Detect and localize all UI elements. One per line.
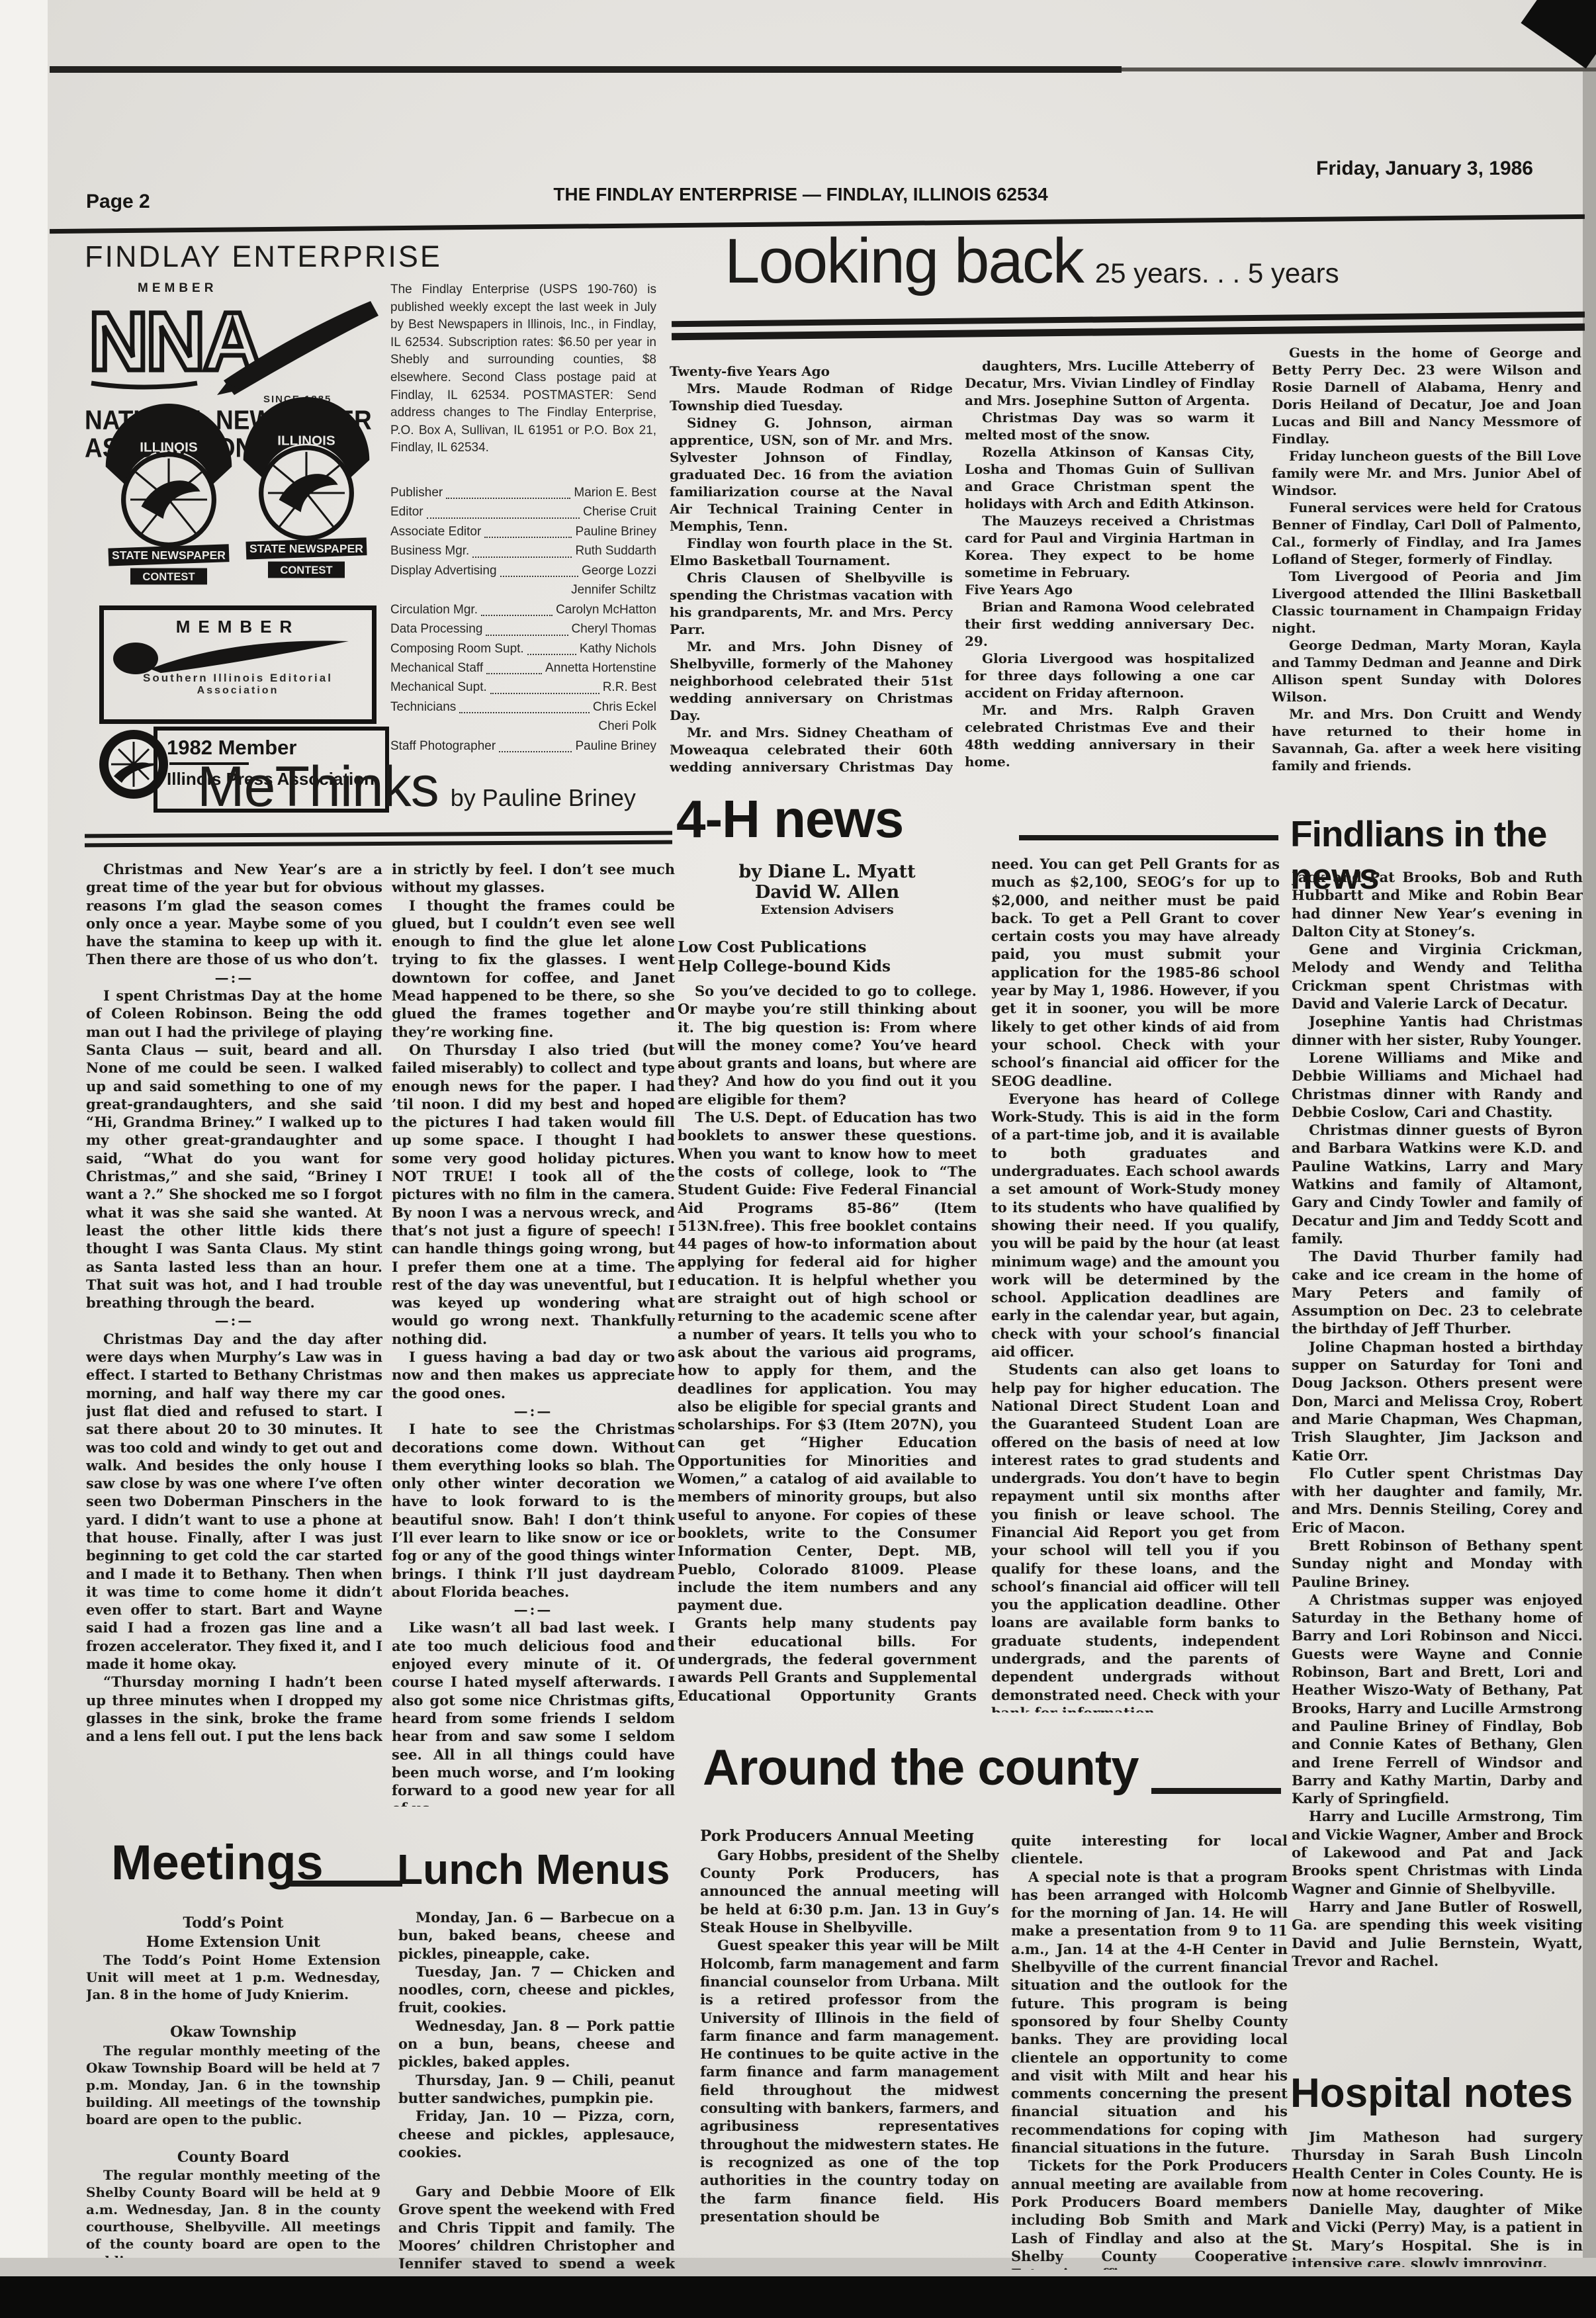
sied-org-line2: Association <box>104 685 372 697</box>
paragraph: —:— <box>392 1402 675 1420</box>
paragraph: Tom Livergood of Peoria and Jim Livergoo… <box>1272 568 1581 637</box>
meeting-body: The Todd’s Point Home Extension Unit wil… <box>86 1951 380 2003</box>
staff-role: Technicians <box>390 697 456 717</box>
paragraph: George Dedman, Marty Moran, Kayla and Ta… <box>1272 637 1581 705</box>
staff-role: Data Processing <box>390 619 482 639</box>
paragraph: The U.S. Dept. of Education has two book… <box>678 1108 977 1614</box>
staff-role: Mechanical Supt. <box>390 678 487 697</box>
paragraph: quite interesting for local clientele. <box>1011 1832 1288 1868</box>
paragraph: Monday, Jan. 6 — Barbecue on a bun, bake… <box>398 1908 675 1963</box>
paragraph: —:— <box>86 1312 382 1329</box>
staff-role: Composing Room Supt. <box>390 639 524 658</box>
staff-role: Circulation Mgr. <box>390 600 478 619</box>
staff-name: Carolyn McHatton <box>556 600 656 619</box>
paragraph: “Thursday morning I hadn’t been up three… <box>86 1673 382 1745</box>
paragraph: Brett Robinson of Bethany spent Sunday n… <box>1292 1537 1583 1591</box>
looking-back-rule-2 <box>672 324 1585 340</box>
meeting-body: The regular monthly meeting of the Okaw … <box>86 2042 380 2128</box>
methinks-rule-1 <box>85 831 672 838</box>
staff-name: Jennifer Schiltz <box>571 580 656 600</box>
dotted-leader <box>427 517 580 519</box>
staff-name: Ruth Suddarth <box>575 541 656 560</box>
paragraph: I hate to see the Christmas decorations … <box>392 1420 675 1601</box>
paragraph: A Christmas supper was enjoyed Saturday … <box>1292 1591 1583 1808</box>
staff-row: Circulation Mgr.Carolyn McHatton <box>390 600 656 619</box>
staff-row: Mechanical Supt.R.R. Best <box>390 678 656 697</box>
paragraph: Friday luncheon guests of the Bill Love … <box>1272 447 1581 499</box>
fourh-rule <box>1019 835 1278 840</box>
hospital-title: Hospital notes <box>1290 2070 1573 2117</box>
scan-left-edge <box>0 0 48 2318</box>
dotted-leader <box>472 557 572 558</box>
staff-name: Cheri Polk <box>598 717 656 736</box>
paragraph: in strictly by feel. I don’t see much wi… <box>392 860 675 897</box>
staff-name: Annetta Hortenstine <box>545 658 656 678</box>
paragraph: Gary Hobbs, president of the Shelby Coun… <box>700 1846 999 1936</box>
meetings-rule <box>290 1881 402 1887</box>
sied-member-box: MEMBER Southern Illinois Editorial Assoc… <box>99 605 377 724</box>
nna-member-label: MEMBER <box>138 281 382 296</box>
lunch-items: Monday, Jan. 6 — Barbecue on a bun, bake… <box>398 1908 675 2173</box>
paragraph: I guess having a bad day or two now and … <box>392 1348 675 1402</box>
looking-back-col2: daughters, Mrs. Lucille Atteberry of Dec… <box>965 357 1255 781</box>
findlians-column: Jack and Pat Brooks, Bob and Ruth Hubbar… <box>1292 868 1583 2053</box>
paragraph: The David Thurber family had cake and ic… <box>1292 1247 1583 1337</box>
paragraph: Christmas Day was so warm it melted most… <box>965 409 1255 443</box>
staff-row: Data ProcessingCheryl Thomas <box>390 619 656 639</box>
scan-top-rule-right <box>1122 67 1596 71</box>
paragraph: need. You can get Pell Grants for as muc… <box>991 855 1280 1090</box>
dotted-leader <box>481 615 553 616</box>
paragraph: Gary and Debbie Moore of Elk Grove spent… <box>398 2182 675 2268</box>
lunch-title: Lunch Menus <box>397 1845 670 1894</box>
paragraph: Findlay won fourth place in the St. Elmo… <box>670 535 953 569</box>
dotted-leader <box>486 635 568 636</box>
svg-text:STATE NEWSPAPER: STATE NEWSPAPER <box>249 542 363 555</box>
paragraph: Rozella Atkinson of Kansas City, Losha a… <box>965 443 1255 512</box>
staff-row: Business Mgr.Ruth Suddarth <box>390 541 656 560</box>
meeting-body: The regular monthly meeting of the Shelb… <box>86 2166 380 2258</box>
press-badge-left-icon: ILLINOIS STATE NEWSPAPER CONTEST <box>99 404 238 596</box>
staff-name: Pauline Briney <box>575 522 656 541</box>
page-number: Page 2 <box>86 191 150 213</box>
staff-row: TechniciansChris Eckel <box>390 697 656 717</box>
staff-row: Associate EditorPauline Briney <box>390 522 656 541</box>
paragraph: Christmas and New Year’s are a great tim… <box>86 860 382 969</box>
paragraph: I thought the frames could be glued, but… <box>392 897 675 1041</box>
around-col1: Pork Producers Annual Meeting Gary Hobbs… <box>700 1826 999 2270</box>
dotted-leader <box>484 537 572 538</box>
meeting-head: Home Extension Unit <box>86 1933 380 1952</box>
staff-name: Cheryl Thomas <box>572 619 656 639</box>
paragraph: Chris Clausen of Shelbyville is spending… <box>670 569 953 638</box>
staff-name: Cherise Cruit <box>583 502 656 521</box>
svg-text:CONTEST: CONTEST <box>142 570 195 583</box>
dotted-leader <box>527 654 576 655</box>
staff-row: Mechanical StaffAnnetta Hortenstine <box>390 658 656 678</box>
paragraph: Josephine Yantis had Christmas dinner wi… <box>1292 1012 1583 1049</box>
paragraph: Sidney G. Johnson, airman apprentice, US… <box>670 414 953 535</box>
scan-bottom-bar <box>0 2276 1596 2318</box>
paragraph: Joline Chapman hosted a birthday supper … <box>1292 1338 1583 1464</box>
staff-list: PublisherMarion E. BestEditorCherise Cru… <box>390 483 656 756</box>
methinks-rule-2 <box>85 840 672 848</box>
meetings-column: Todd’s Point Home Extension Unit The Tod… <box>86 1914 380 2258</box>
paragraph: Jack and Pat Brooks, Bob and Ruth Hubbar… <box>1292 868 1583 940</box>
meeting-head: Todd’s Point <box>86 1914 380 1933</box>
fourh-col1: So you’ve decided to go to college. Or m… <box>678 982 977 1703</box>
sied-feather-icon <box>104 635 369 674</box>
paragraph: Thursday, Jan. 9 — Chili, peanut butter … <box>398 2071 675 2108</box>
dotted-leader <box>490 693 599 694</box>
staff-row: Display AdvertisingGeorge Lozzi <box>390 561 656 580</box>
staff-role: Staff Photographer <box>390 736 496 756</box>
staff-row: Composing Room Supt.Kathy Nichols <box>390 639 656 658</box>
dotted-leader <box>499 751 572 752</box>
fourh-title: 4-H news <box>676 789 903 850</box>
staff-name: Marion E. Best <box>574 483 656 502</box>
paragraph: Twenty-five Years Ago <box>670 363 953 380</box>
paragraph: Flo Cutler spent Christmas Day with her … <box>1292 1464 1583 1537</box>
staff-name: Pauline Briney <box>575 736 656 756</box>
paragraph: Gloria Livergood was hospitalized for th… <box>965 650 1255 701</box>
masthead-about: The Findlay Enterprise (USPS 190-760) is… <box>390 281 656 457</box>
paragraph: Gene and Virginia Crickman, Melody and W… <box>1292 940 1583 1012</box>
paragraph: Tickets for the Pork Producers annual me… <box>1011 2157 1288 2270</box>
paragraph: —:— <box>86 969 382 987</box>
paragraph: Everyone has heard of College Work-Study… <box>991 1090 1280 1360</box>
staff-row: EditorCherise Cruit <box>390 502 656 521</box>
methinks-title: MeThinks <box>197 754 439 820</box>
paragraph: Mr. and Mrs. Ralph Graven celebrated Chr… <box>965 701 1255 770</box>
paragraph: I spent Christmas Day at the home of Col… <box>86 987 382 1312</box>
paragraph: Mr. and Mrs. John Disney of Shelbyville,… <box>670 638 953 724</box>
meeting-head: Okaw Township <box>86 2023 380 2042</box>
paragraph: Mrs. Maude Rodman of Ridge Township died… <box>670 380 953 414</box>
staff-row: Staff PhotographerPauline Briney <box>390 736 656 756</box>
around-title: Around the county <box>703 1739 1139 1797</box>
paragraph: Grants help many students pay their educ… <box>678 1614 977 1703</box>
around-subhead: Pork Producers Annual Meeting <box>700 1826 999 1846</box>
staff-name: Kathy Nichols <box>580 639 656 658</box>
scan-top-rule <box>50 66 1122 73</box>
masthead-title: FINDLAY ENTERPRISE <box>85 240 442 274</box>
paragraph: Harry and Jane Butler of Roswell, Ga. ar… <box>1292 1898 1583 1970</box>
staff-role: Associate Editor <box>390 522 481 541</box>
paragraph: —:— <box>392 1601 675 1619</box>
staff-name: George Lozzi <box>582 561 656 580</box>
fourh-subhead-1: Low Cost Publications <box>678 938 975 958</box>
press-badge-right-icon: ILLINOIS STATE NEWSPAPER CONTEST <box>237 397 376 589</box>
paragraph: Tuesday, Jan. 7 — Chicken and noodles, c… <box>398 1963 675 2017</box>
dotted-leader <box>500 576 578 577</box>
looking-back-col3: Guests in the home of George and Betty P… <box>1272 344 1581 781</box>
fourh-byline-3: Extension Advisers <box>682 903 973 917</box>
staff-row: Cheri Polk <box>390 717 656 736</box>
nna-acronym-icon: NNA <box>85 296 382 395</box>
paragraph: Christmas dinner guests of Byron and Bar… <box>1292 1121 1583 1247</box>
paragraph: Brian and Ramona Wood celebrated their f… <box>965 598 1255 650</box>
methinks-col1: Christmas and New Year’s are a great tim… <box>86 860 382 1804</box>
paragraph: Five Years Ago <box>965 581 1255 598</box>
fourh-subhead-block: Low Cost Publications Help College-bound… <box>678 938 975 977</box>
staff-row: Jennifer Schiltz <box>390 580 656 600</box>
paragraph: Students can also get loans to help pay … <box>991 1360 1280 1713</box>
paragraph: Lorene Williams and Mike and Debbie Will… <box>1292 1049 1583 1121</box>
paragraph: So you’ve decided to go to college. Or m… <box>678 982 977 1108</box>
newspaper-page: Page 2 THE FINDLAY ENTERPRISE — FINDLAY,… <box>0 0 1596 2318</box>
paragraph: A special note is that a program has bee… <box>1011 1868 1288 2157</box>
paragraph: Wednesday, Jan. 8 — Pork pattie on a bun… <box>398 2017 675 2071</box>
svg-text:STATE NEWSPAPER: STATE NEWSPAPER <box>112 549 226 562</box>
dotted-leader <box>486 673 542 674</box>
around-col2: quite interesting for local clientele.A … <box>1011 1832 1288 2270</box>
paragraph: Mr. and Mrs. Don Cruitt and Wendy have r… <box>1272 705 1581 774</box>
paragraph: Like wasn’t all bad last week. I ate too… <box>392 1619 675 1806</box>
looking-back-col1: Twenty-five Years AgoMrs. Maude Rodman o… <box>670 363 953 778</box>
staff-name: R.R. Best <box>603 678 656 697</box>
paragraph: Christmas Day and the day after were day… <box>86 1330 382 1673</box>
staff-role: Editor <box>390 502 423 521</box>
paragraph: daughters, Mrs. Lucille Atteberry of Dec… <box>965 357 1255 409</box>
paragraph: Harry and Lucille Armstrong, Tim and Vic… <box>1292 1807 1583 1897</box>
paragraph: Jim Matheson had surgery Thursday in Sar… <box>1292 2128 1583 2200</box>
paragraph: Friday, Jan. 10 — Pizza, corn, cheese an… <box>398 2107 675 2161</box>
svg-text:CONTEST: CONTEST <box>280 564 332 576</box>
fourh-subhead-2: Help College-bound Kids <box>678 958 975 977</box>
staff-role: Display Advertising <box>390 561 497 580</box>
paragraph: Guest speaker this year will be Milt Hol… <box>700 1936 999 2225</box>
dotted-leader <box>446 498 570 499</box>
paragraph: Mr. and Mrs. Sidney Cheatham of Moweaqua… <box>670 724 953 778</box>
around-rule <box>1151 1788 1281 1794</box>
hospital-column: Jim Matheson had surgery Thursday in Sar… <box>1292 2128 1583 2267</box>
looking-back-title: Looking back <box>725 225 1083 298</box>
staff-row: PublisherMarion E. Best <box>390 483 656 502</box>
paragraph: Funeral services were held for Cratous B… <box>1272 499 1581 568</box>
staff-role: Mechanical Staff <box>390 658 483 678</box>
meeting-head: County Board <box>86 2148 380 2167</box>
sied-org-line1: Southern Illinois Editorial <box>104 672 372 685</box>
fourh-byline-1: by Diane L. Myatt <box>682 862 973 882</box>
looking-back-suffix: 25 years. . . 5 years <box>1095 257 1339 289</box>
paragraph: On Thursday I also tried (but failed mis… <box>392 1041 675 1348</box>
staff-name: Chris Eckel <box>593 697 656 717</box>
fourh-col2: need. You can get Pell Grants for as muc… <box>991 855 1280 1713</box>
fourh-byline-2: David W. Allen <box>682 882 973 903</box>
paragraph: Guests in the home of George and Betty P… <box>1272 344 1581 447</box>
looking-back-header: Looking back 25 years. . . 5 years <box>725 225 1339 298</box>
page-title: THE FINDLAY ENTERPRISE — FINDLAY, ILLINO… <box>503 184 1098 205</box>
staff-role: Publisher <box>390 483 443 502</box>
paragraph: Danielle May, daughter of Mike and Vicki… <box>1292 2200 1583 2267</box>
paragraph: The Mauzeys received a Christmas card fo… <box>965 512 1255 581</box>
scan-right-edge <box>1583 0 1596 2318</box>
methinks-header: MeThinks by Pauline Briney <box>197 754 636 820</box>
scan-corner-wedge <box>1521 0 1596 69</box>
lunch-extra: Gary and Debbie Moore of Elk Grove spent… <box>398 2182 675 2268</box>
dotted-leader <box>459 712 590 713</box>
methinks-col2: in strictly by feel. I don’t see much wi… <box>392 860 675 1806</box>
staff-role: Business Mgr. <box>390 541 469 560</box>
fourh-byline-block: by Diane L. Myatt David W. Allen Extensi… <box>682 862 973 917</box>
methinks-byline: by Pauline Briney <box>451 784 636 812</box>
page-date: Friday, January 3, 1986 <box>1316 157 1533 180</box>
